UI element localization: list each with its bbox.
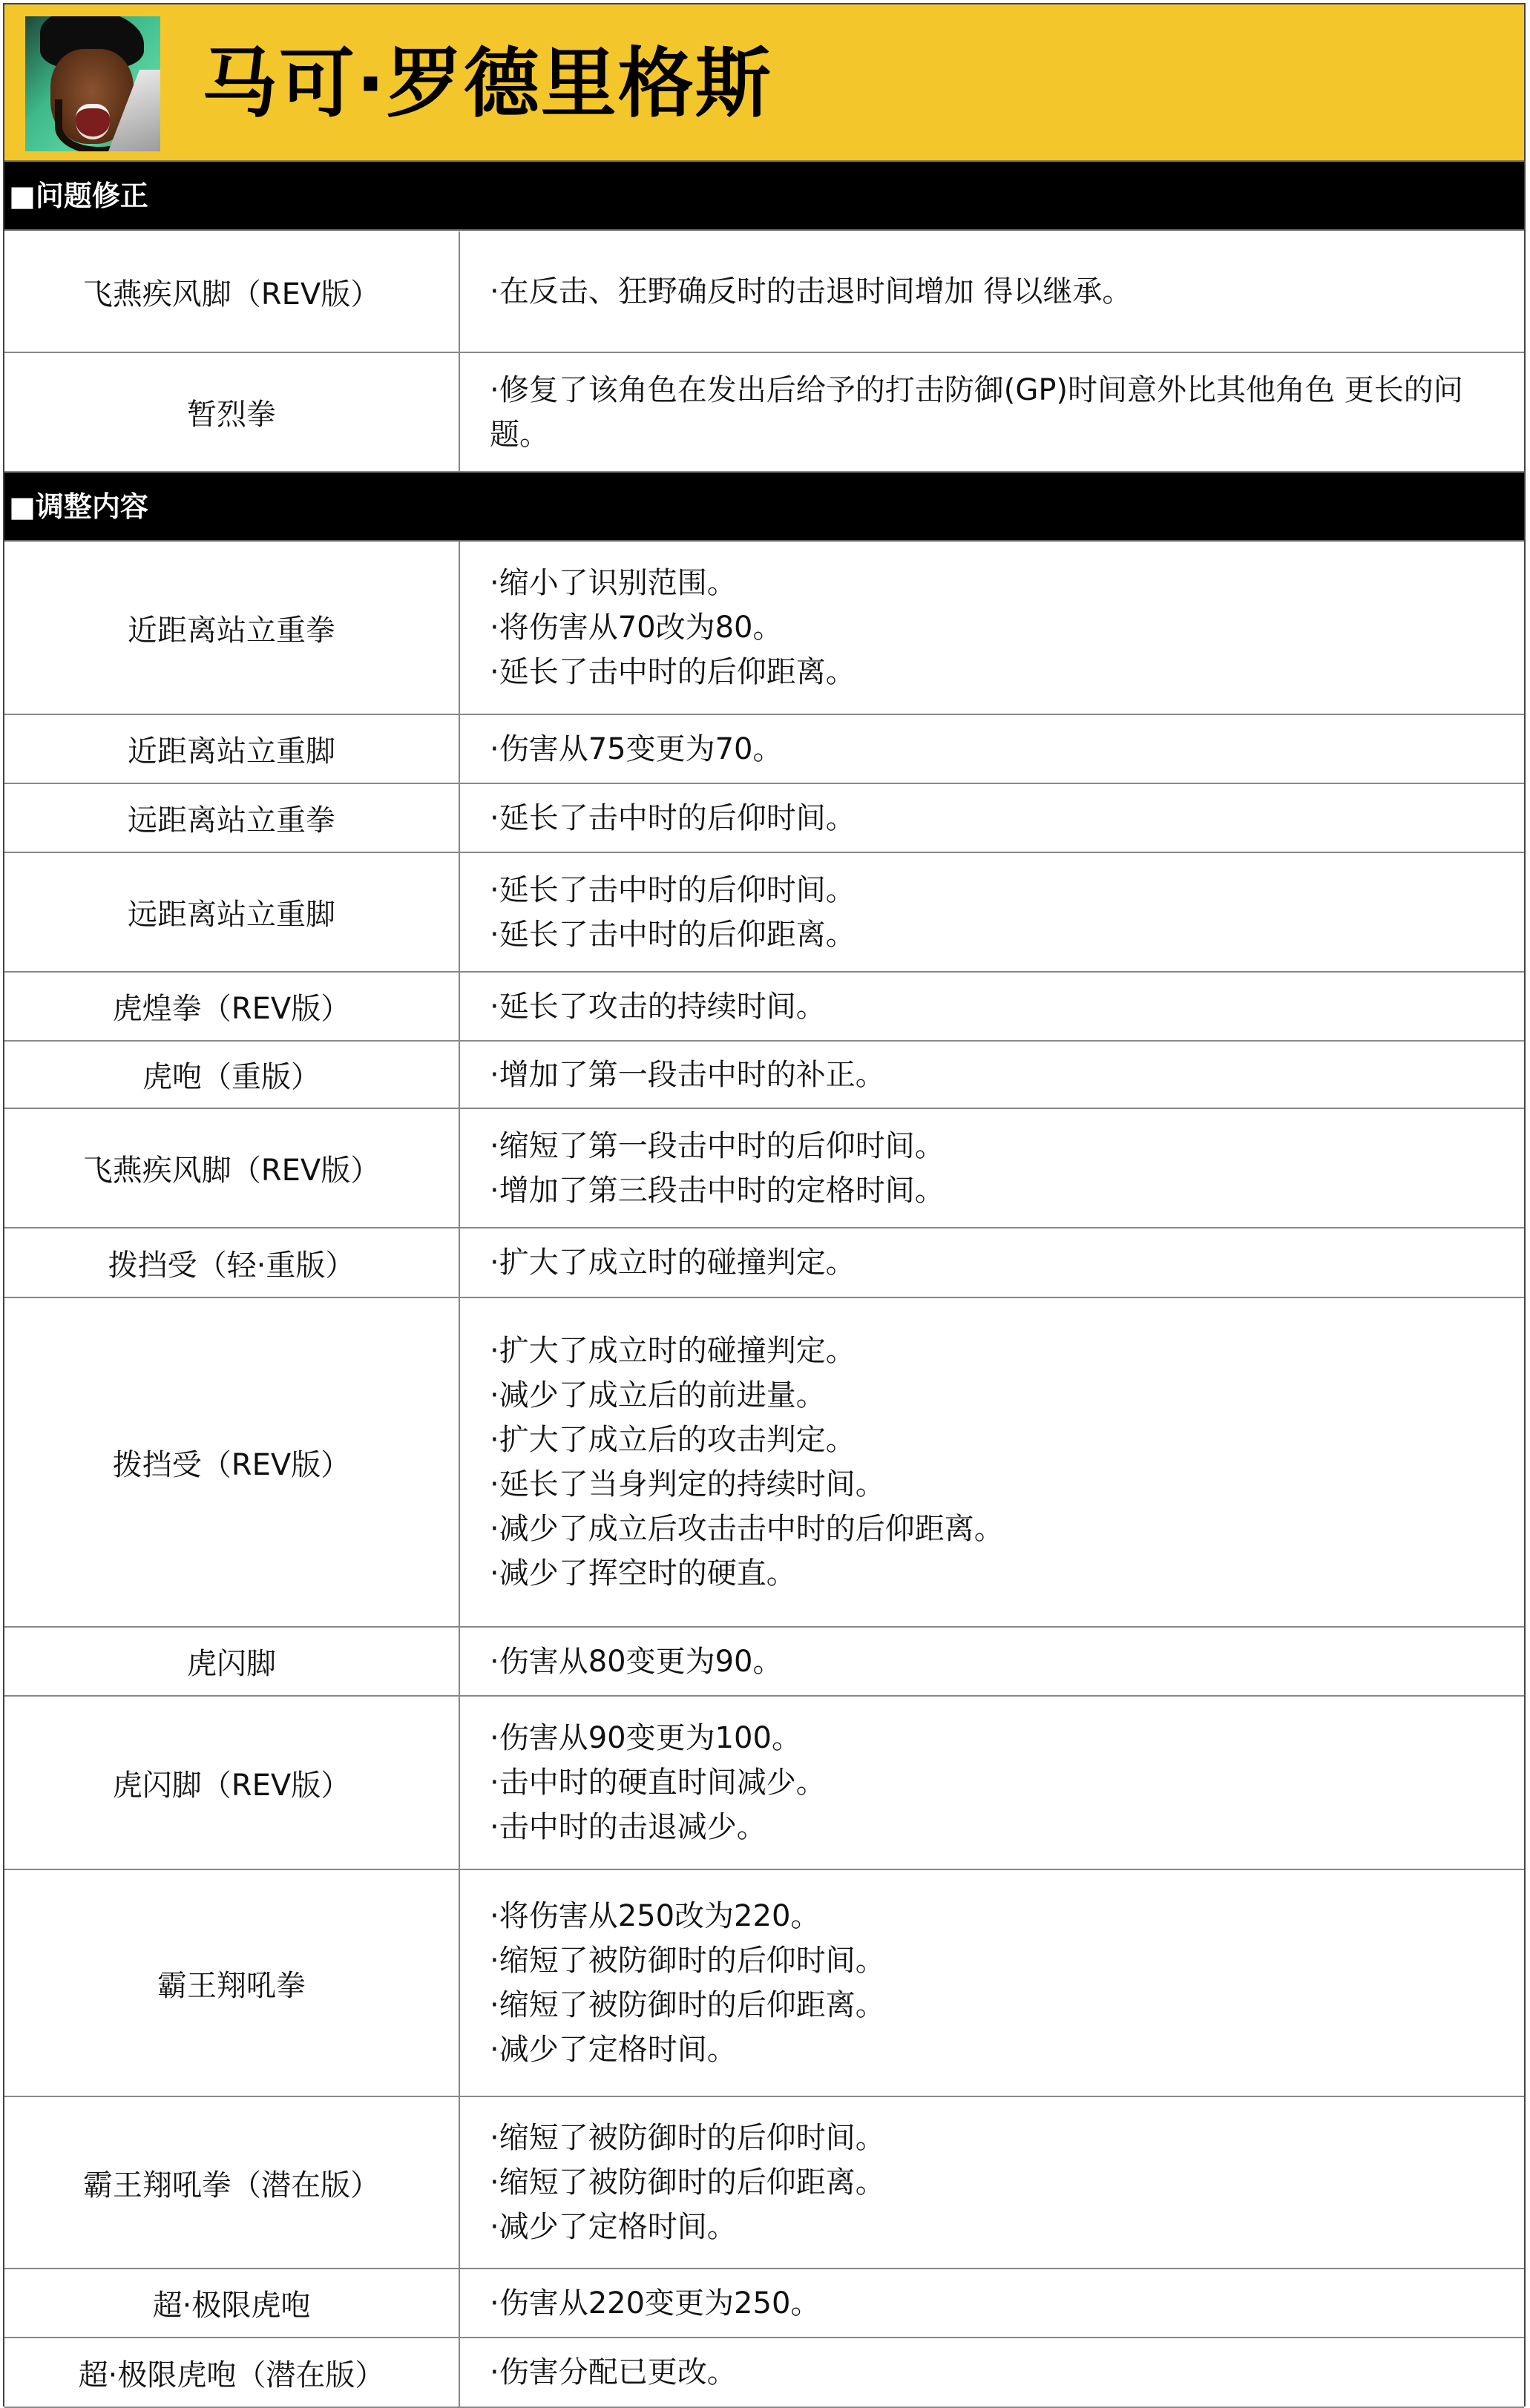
move-name: 虎咆（重版） bbox=[4, 1042, 460, 1108]
change-description: ·缩短了被防御时的后仰时间。·缩短了被防御时的后仰距离。·减少了定格时间。 bbox=[460, 2097, 1524, 2268]
change-line: ·延长了击中时的后仰时间。 bbox=[490, 796, 1509, 841]
change-line: ·减少了定格时间。 bbox=[490, 2027, 1509, 2072]
move-name: 虎闪脚（REV版） bbox=[4, 1697, 460, 1869]
change-line: ·扩大了成立时的碰撞判定。 bbox=[490, 1329, 1509, 1373]
change-description: ·扩大了成立时的碰撞判定。 bbox=[460, 1228, 1524, 1297]
move-name: 虎闪脚 bbox=[4, 1628, 460, 1695]
change-description: ·伤害从75变更为70。 bbox=[460, 715, 1524, 783]
table-row: 虎闪脚·伤害从80变更为90。 bbox=[4, 1628, 1524, 1697]
table-row: 霸王翔吼拳（潜在版）·缩短了被防御时的后仰时间。·缩短了被防御时的后仰距离。·减… bbox=[4, 2097, 1524, 2269]
change-description: ·伤害从90变更为100。·击中时的硬直时间减少。·击中时的击退减少。 bbox=[460, 1697, 1524, 1869]
section-header-adjustments: ■调整内容 bbox=[4, 473, 1524, 542]
table-row: 虎咆（重版）·增加了第一段击中时的补正。 bbox=[4, 1042, 1524, 1109]
change-description: ·伤害从80变更为90。 bbox=[460, 1628, 1524, 1695]
change-line: ·增加了第三段击中时的定格时间。 bbox=[490, 1168, 1509, 1213]
change-description: ·缩短了第一段击中时的后仰时间。·增加了第三段击中时的定格时间。 bbox=[460, 1109, 1524, 1227]
change-line: ·缩短了被防御时的后仰时间。 bbox=[490, 2116, 1509, 2160]
change-line: ·减少了定格时间。 bbox=[490, 2205, 1509, 2249]
change-line: ·缩短了被防御时的后仰时间。 bbox=[490, 1938, 1509, 1983]
change-line: ·将伤害从70改为80。 bbox=[490, 605, 1509, 650]
move-name: 飞燕疾风脚（REV版） bbox=[4, 1109, 460, 1227]
character-portrait-image bbox=[25, 16, 160, 151]
move-name: 超·极限虎咆（潜在版） bbox=[4, 2338, 460, 2407]
change-description: ·缩小了识别范围。·将伤害从70改为80。·延长了击中时的后仰距离。 bbox=[460, 542, 1524, 714]
move-name: 远距离站立重脚 bbox=[4, 853, 460, 971]
table-row: 远距离站立重脚·延长了击中时的后仰时间。·延长了击中时的后仰距离。 bbox=[4, 853, 1524, 973]
change-line: ·将伤害从250改为220。 bbox=[490, 1894, 1509, 1938]
move-name: 拨挡受（REV版） bbox=[4, 1298, 460, 1626]
change-line: ·增加了第一段击中时的补正。 bbox=[490, 1053, 1509, 1097]
change-description: ·扩大了成立时的碰撞判定。·减少了成立后的前进量。·扩大了成立后的攻击判定。·延… bbox=[460, 1298, 1524, 1626]
change-line: ·减少了成立后的前进量。 bbox=[490, 1373, 1509, 1418]
table-row: 虎闪脚（REV版）·伤害从90变更为100。·击中时的硬直时间减少。·击中时的击… bbox=[4, 1697, 1524, 1870]
change-description: ·增加了第一段击中时的补正。 bbox=[460, 1042, 1524, 1108]
change-line: ·击中时的硬直时间减少。 bbox=[490, 1760, 1509, 1805]
change-description: ·伤害从220变更为250。 bbox=[460, 2269, 1524, 2337]
move-name: 拨挡受（轻·重版） bbox=[4, 1228, 460, 1297]
move-name: 霸王翔吼拳 bbox=[4, 1870, 460, 2096]
change-line: ·扩大了成立时的碰撞判定。 bbox=[490, 1240, 1509, 1285]
change-line: ·缩小了识别范围。 bbox=[490, 561, 1509, 605]
change-description: ·修复了该角色在发出后给予的打击防御(GP)时间意外比其他角色 更长的问题。 bbox=[460, 353, 1524, 471]
character-name-title: 马可·罗德里格斯 bbox=[202, 40, 772, 129]
change-line: ·伤害分配已更改。 bbox=[490, 2350, 1509, 2395]
table-row: 飞燕疾风脚（REV版）·在反击、狂野确反时的击退时间增加 得以继承。 bbox=[4, 231, 1524, 353]
change-line: ·修复了该角色在发出后给予的打击防御(GP)时间意外比其他角色 更长的问题。 bbox=[490, 368, 1509, 457]
change-line: ·减少了挥空时的硬直。 bbox=[490, 1551, 1509, 1596]
change-line: ·伤害从220变更为250。 bbox=[490, 2281, 1509, 2326]
change-line: ·延长了攻击的持续时间。 bbox=[490, 984, 1509, 1029]
move-name: 飞燕疾风脚（REV版） bbox=[4, 231, 460, 352]
change-line: ·伤害从75变更为70。 bbox=[490, 727, 1509, 772]
change-line: ·缩短了第一段击中时的后仰时间。 bbox=[490, 1124, 1509, 1168]
change-line: ·缩短了被防御时的后仰距离。 bbox=[490, 2160, 1509, 2205]
patch-notes-sheet: 马可·罗德里格斯 ■问题修正 ■调整内容 飞燕疾风脚（REV版）·在反击、狂野确… bbox=[3, 3, 1526, 2407]
table-row: 近距离站立重拳·缩小了识别范围。·将伤害从70改为80。·延长了击中时的后仰距离… bbox=[4, 542, 1524, 715]
move-name: 暂烈拳 bbox=[4, 353, 460, 471]
change-line: ·在反击、狂野确反时的击退时间增加 得以继承。 bbox=[490, 269, 1509, 314]
table-row: 近距离站立重脚·伤害从75变更为70。 bbox=[4, 715, 1524, 784]
change-line: ·缩短了被防御时的后仰距离。 bbox=[490, 1983, 1509, 2027]
move-name: 近距离站立重脚 bbox=[4, 715, 460, 783]
move-name: 远距离站立重拳 bbox=[4, 784, 460, 852]
character-header: 马可·罗德里格斯 bbox=[4, 4, 1524, 162]
change-line: ·击中时的击退减少。 bbox=[490, 1805, 1509, 1849]
table-row: 超·极限虎咆·伤害从220变更为250。 bbox=[4, 2269, 1524, 2338]
table-row: 霸王翔吼拳·将伤害从250改为220。·缩短了被防御时的后仰时间。·缩短了被防御… bbox=[4, 1870, 1524, 2097]
change-description: ·将伤害从250改为220。·缩短了被防御时的后仰时间。·缩短了被防御时的后仰距… bbox=[460, 1870, 1524, 2096]
change-description: ·在反击、狂野确反时的击退时间增加 得以继承。 bbox=[460, 231, 1524, 352]
table-row: 虎煌拳（REV版）·延长了攻击的持续时间。 bbox=[4, 973, 1524, 1042]
table-row: 飞燕疾风脚（REV版）·缩短了第一段击中时的后仰时间。·增加了第三段击中时的定格… bbox=[4, 1109, 1524, 1228]
move-name: 近距离站立重拳 bbox=[4, 542, 460, 714]
table-row: 拨挡受（REV版）·扩大了成立时的碰撞判定。·减少了成立后的前进量。·扩大了成立… bbox=[4, 1298, 1524, 1628]
move-name: 虎煌拳（REV版） bbox=[4, 973, 460, 1040]
change-description: ·延长了攻击的持续时间。 bbox=[460, 973, 1524, 1040]
change-line: ·延长了击中时的后仰距离。 bbox=[490, 650, 1509, 694]
change-description: ·伤害分配已更改。 bbox=[460, 2338, 1524, 2407]
change-line: ·延长了击中时的后仰距离。 bbox=[490, 912, 1509, 957]
change-line: ·延长了击中时的后仰时间。 bbox=[490, 868, 1509, 912]
move-name: 超·极限虎咆 bbox=[4, 2269, 460, 2337]
table-row: 暂烈拳·修复了该角色在发出后给予的打击防御(GP)时间意外比其他角色 更长的问题… bbox=[4, 353, 1524, 473]
change-description: ·延长了击中时的后仰时间。 bbox=[460, 784, 1524, 852]
change-line: ·延长了当身判定的持续时间。 bbox=[490, 1462, 1509, 1507]
change-line: ·伤害从90变更为100。 bbox=[490, 1716, 1509, 1760]
change-line: ·减少了成立后攻击击中时的后仰距离。 bbox=[490, 1507, 1509, 1551]
section-header-bug-fixes: ■问题修正 bbox=[4, 162, 1524, 231]
table-row: 远距离站立重拳·延长了击中时的后仰时间。 bbox=[4, 784, 1524, 853]
change-description: ·延长了击中时的后仰时间。·延长了击中时的后仰距离。 bbox=[460, 853, 1524, 971]
change-line: ·伤害从80变更为90。 bbox=[490, 1639, 1509, 1684]
table-row: 超·极限虎咆（潜在版）·伤害分配已更改。 bbox=[4, 2338, 1524, 2407]
change-line: ·扩大了成立后的攻击判定。 bbox=[490, 1418, 1509, 1462]
move-name: 霸王翔吼拳（潜在版） bbox=[4, 2097, 460, 2268]
table-row: 拨挡受（轻·重版）·扩大了成立时的碰撞判定。 bbox=[4, 1228, 1524, 1298]
